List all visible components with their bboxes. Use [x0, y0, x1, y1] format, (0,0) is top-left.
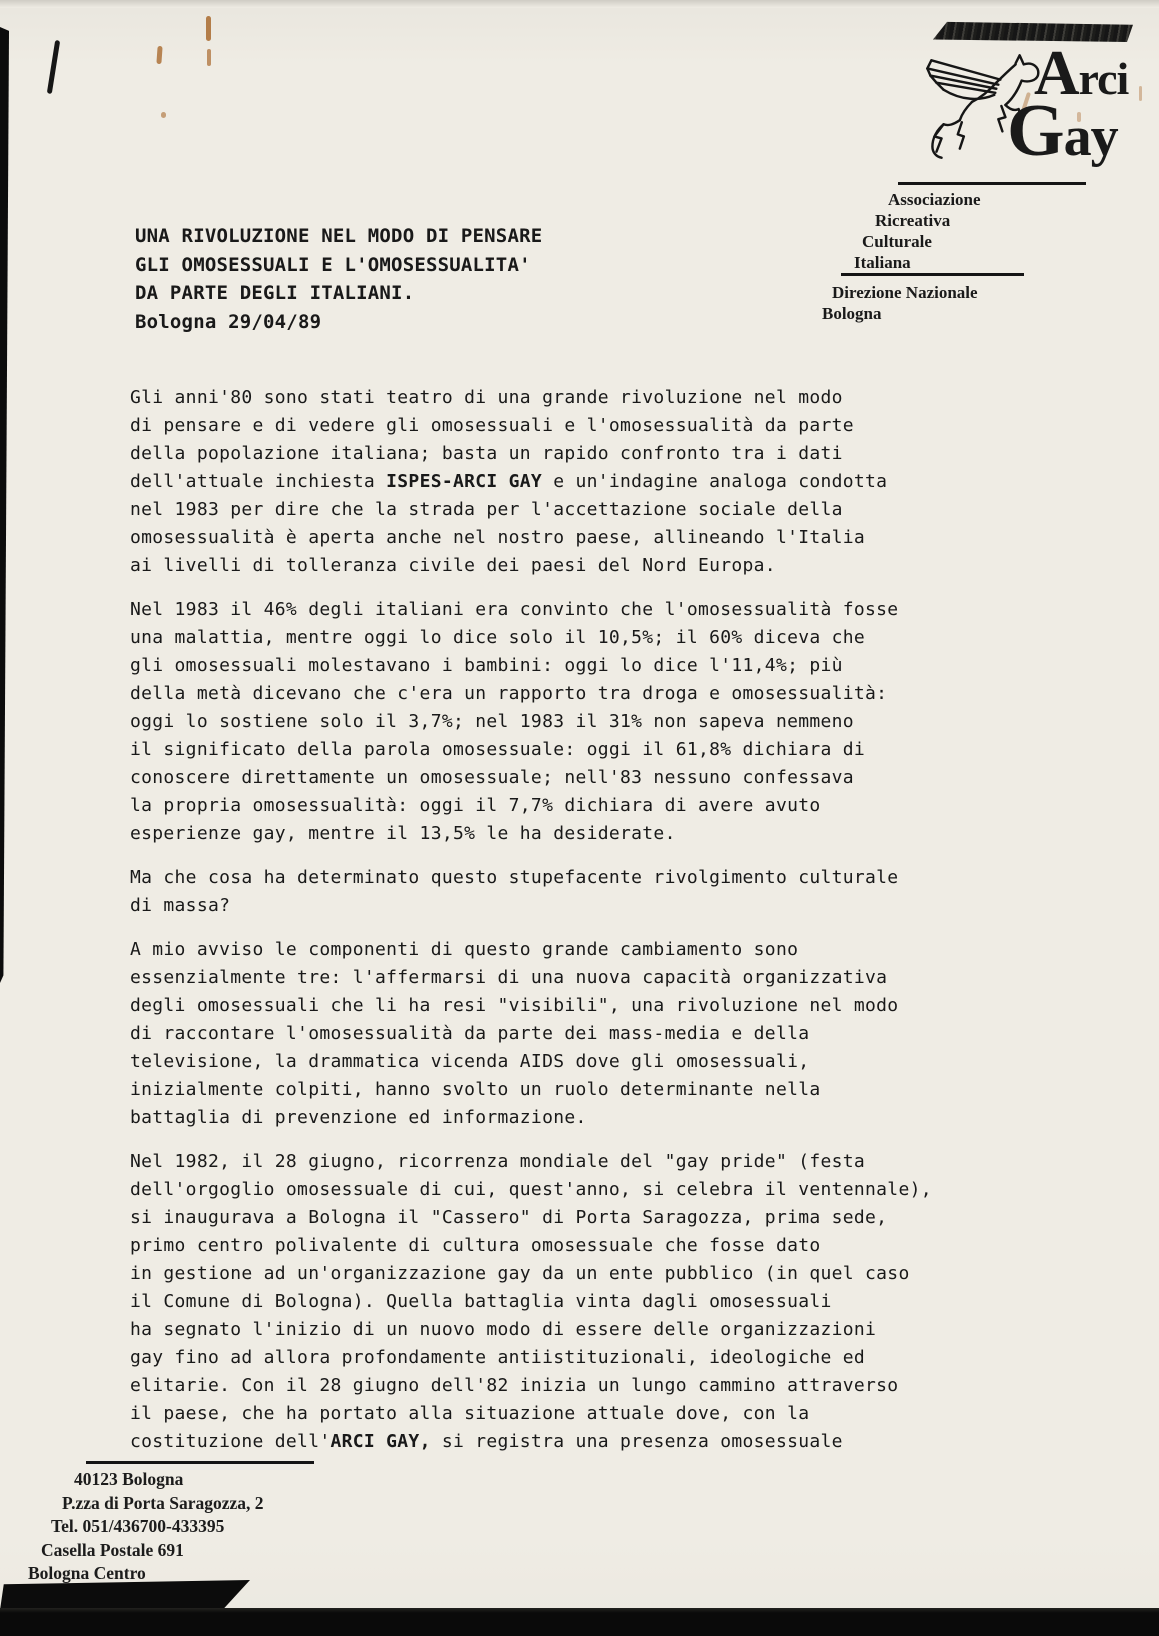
title-line: GLI OMOSESSUALI E L'OMOSESSUALITA' — [135, 251, 542, 280]
paragraph-5-bold-arci-gay: ARCI GAY, — [330, 1431, 430, 1452]
scan-left-edge-strip — [0, 27, 9, 983]
rust-stain — [161, 112, 166, 118]
scan-bottom-left-mark — [0, 1580, 250, 1610]
paragraph-1: Gli anni'80 sono stati teatro di una gra… — [130, 384, 978, 580]
association-line: Ricreativa — [875, 210, 981, 231]
association-line: Italiana — [854, 252, 981, 273]
paragraph-4: A mio avviso le componenti di questo gra… — [130, 936, 978, 1132]
association-name-block: Associazione Ricreativa Culturale Italia… — [850, 189, 981, 273]
rust-stain — [207, 49, 211, 66]
rust-stain — [206, 16, 211, 41]
rust-stain — [156, 46, 162, 64]
paragraph-3: Ma che cosa ha determinato questo stupef… — [130, 864, 978, 920]
direction-line: Direzione Nazionale — [832, 282, 978, 303]
footer-postal-code-city: 40123 Bologna — [74, 1468, 264, 1492]
title-line: UNA RIVOLUZIONE NEL MODO DI PENSARE — [135, 222, 542, 251]
footer-phone: Tel. 051/436700-433395 — [51, 1515, 264, 1539]
letter-title-block: UNA RIVOLUZIONE NEL MODO DI PENSARE GLI … — [135, 222, 542, 336]
association-line: Culturale — [862, 231, 981, 252]
paragraph-5-text: si registra una presenza omosessuale — [431, 1431, 843, 1452]
rust-stain — [1139, 86, 1142, 101]
paragraph-2: Nel 1983 il 46% degli italiani era convi… — [130, 596, 978, 848]
footer-divider — [86, 1461, 314, 1464]
title-line: DA PARTE DEGLI ITALIANI. — [135, 279, 542, 308]
letter-body: Gli anni'80 sono stati teatro di una gra… — [130, 384, 978, 1472]
paragraph-5: Nel 1982, il 28 giugno, ricorrenza mondi… — [130, 1148, 978, 1456]
association-line: Associazione — [888, 189, 981, 210]
scanned-letter-page: Arci Gay Associazione Ricreativa Cultura… — [0, 0, 1159, 1636]
footer-street: P.zza di Porta Saragozza, 2 — [62, 1492, 264, 1516]
footer-po-box: Casella Postale 691 — [41, 1539, 264, 1563]
title-date-line: Bologna 29/04/89 — [135, 308, 542, 337]
letterhead-divider-bottom — [841, 273, 1024, 276]
logo-text-gay: Gay — [1007, 94, 1118, 168]
direction-line: Bologna — [822, 303, 978, 324]
footer-address-block: 40123 Bologna P.zza di Porta Saragozza, … — [28, 1468, 264, 1586]
paragraph-5-text: Nel 1982, il 28 giugno, ricorrenza mondi… — [130, 1151, 932, 1452]
letterhead-divider-top — [898, 182, 1086, 185]
pen-tick-mark — [47, 40, 60, 94]
scan-top-right-bar — [933, 21, 1133, 42]
paragraph-1-bold-ispes-arci-gay: ISPES-ARCI GAY — [386, 471, 542, 492]
scan-top-edge — [0, 0, 1159, 8]
scan-bottom-bar — [0, 1608, 1159, 1636]
direction-block: Direzione Nazionale Bologna — [822, 282, 978, 324]
